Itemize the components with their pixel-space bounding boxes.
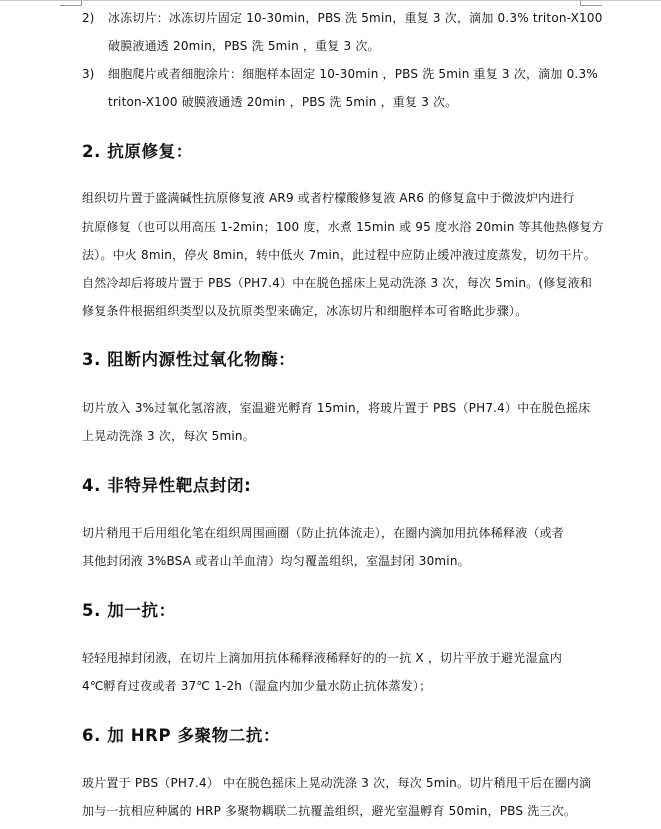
- paragraph-line: 切片稍甩干后用组化笔在组织周围画圈（防止抗体流走），在圈内滴加用抗体稀释液（或者: [82, 526, 564, 540]
- paragraph-line: 其他封闭液 3%BSA 或者山羊血清）均匀覆盖组织，室温封闭 30min。: [82, 554, 470, 568]
- section-heading: 3. 阻断内源性过氧化物酶：: [82, 350, 295, 370]
- list-item-line: 细胞爬片或者细胞涂片：细胞样本固定 10-30min ，PBS 洗 5min 重…: [108, 67, 598, 81]
- list-item-line: 冰冻切片：冰冻切片固定 10-30min，PBS 洗 5min，重复 3 次，滴…: [108, 11, 603, 25]
- margin-corner-mark-left: [60, 0, 82, 6]
- page-top-border: [0, 0, 661, 1]
- list-item-line: triton-X100 破膜液通透 20min ，PBS 洗 5min ，重复 …: [108, 95, 457, 109]
- paragraph-line: 抗原修复（也可以用高压 1-2min；100 度，水煮 15min 或 95 度…: [82, 220, 604, 234]
- paragraph-line: 轻轻甩掉封闭液，在切片上滴加用抗体稀释液稀释好的的一抗 X ，切片平放于避光湿盒…: [82, 651, 562, 665]
- section-heading: 5. 加一抗：: [82, 601, 176, 621]
- section-heading: 6. 加 HRP 多聚物二抗：: [82, 726, 280, 746]
- paragraph-line: 自然冷却后将玻片置于 PBS（PH7.4）中在脱色摇床上晃动洗涤 3 次，每次 …: [82, 276, 592, 290]
- margin-corner-mark-right: [580, 0, 602, 6]
- paragraph-line: 切片放入 3%过氧化氢溶液，室温避光孵育 15min，将玻片置于 PBS（PH7…: [82, 401, 590, 415]
- list-number: 3): [82, 67, 94, 81]
- section-heading: 4. 非特异性靶点封闭:: [82, 476, 251, 496]
- paragraph-line: 上晃动洗涤 3 次，每次 5min。: [82, 429, 255, 443]
- section-heading: 2. 抗原修复：: [82, 142, 193, 162]
- paragraph-line: 加与一抗相应种属的 HRP 多聚物耦联二抗覆盖组织，避光室温孵育 50min，P…: [82, 804, 576, 818]
- paragraph-line: 4℃孵育过夜或者 37℃ 1-2h（湿盒内加少量水防止抗体蒸发）；: [82, 679, 431, 693]
- paragraph-line: 法）。中火 8min，停火 8min，转中低火 7min，此过程中应防止缓冲液过…: [82, 248, 596, 262]
- list-item-line: 破膜液通透 20min，PBS 洗 5min ，重复 3 次。: [108, 39, 380, 53]
- paragraph-line: 修复条件根据组织类型以及抗原类型来确定，冰冻切片和细胞样本可省略此步骤）。: [82, 304, 527, 318]
- list-number: 2): [82, 11, 94, 25]
- paragraph-line: 玻片置于 PBS（PH7.4） 中在脱色摇床上晃动洗涤 3 次，每次 5min。…: [82, 776, 591, 790]
- paragraph-line: 组织切片置于盛满碱性抗原修复液 AR9 或者柠檬酸修复液 AR6 的修复盒中于微…: [82, 191, 575, 205]
